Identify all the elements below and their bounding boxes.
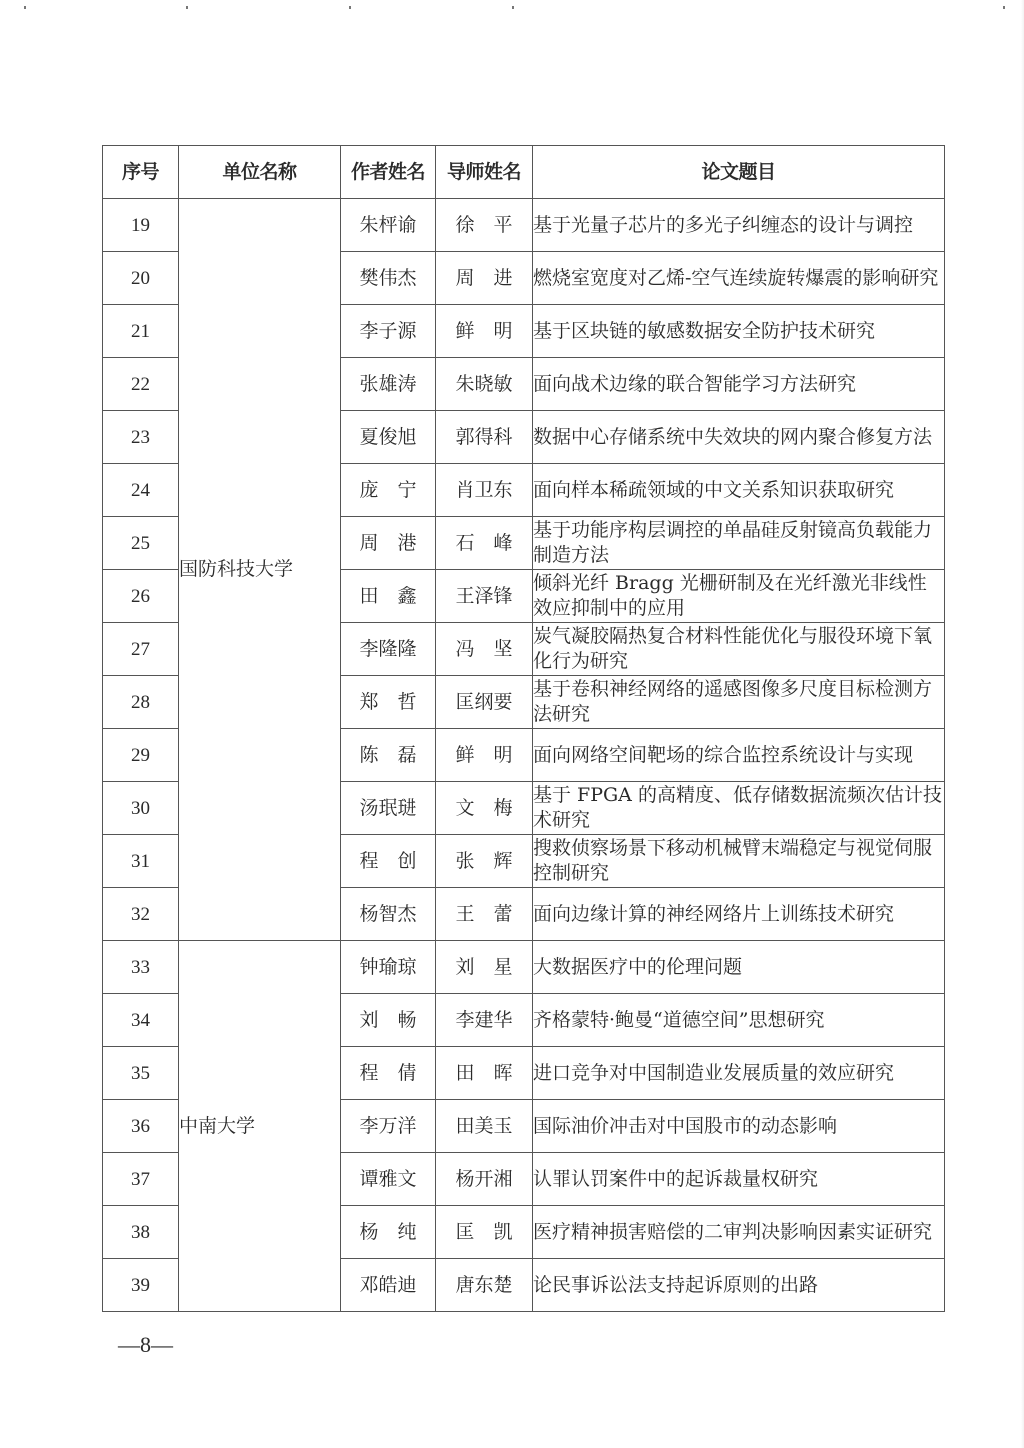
thesis-title-cell: 论民事诉讼法支持起诉原则的出路: [533, 1259, 945, 1312]
serial-no-cell: 29: [103, 729, 179, 782]
author-name-cell: 程 创: [341, 835, 436, 888]
serial-no-cell: 34: [103, 994, 179, 1047]
thesis-title-cell: 炭气凝胶隔热复合材料性能优化与服役环境下氧化行为研究: [533, 623, 945, 676]
thesis-title-cell: 大数据医疗中的伦理问题: [533, 941, 945, 994]
serial-no-cell: 22: [103, 358, 179, 411]
scan-mark: [349, 6, 351, 9]
author-name-cell: 李万洋: [341, 1100, 436, 1153]
serial-no-cell: 35: [103, 1047, 179, 1100]
thesis-title-cell: 基于区块链的敏感数据安全防护技术研究: [533, 305, 945, 358]
serial-no-cell: 38: [103, 1206, 179, 1259]
author-name-cell: 庞 宁: [341, 464, 436, 517]
serial-no-cell: 32: [103, 888, 179, 941]
thesis-title-cell: 燃烧室宽度对乙烯-空气连续旋转爆震的影响研究: [533, 252, 945, 305]
serial-no-cell: 39: [103, 1259, 179, 1312]
thesis-title-cell: 基于光量子芯片的多光子纠缠态的设计与调控: [533, 199, 945, 252]
author-name-cell: 张雄涛: [341, 358, 436, 411]
author-name-cell: 夏俊旭: [341, 411, 436, 464]
author-name-cell: 钟瑜琼: [341, 941, 436, 994]
table-body: 19国防科技大学朱枰谕徐 平基于光量子芯片的多光子纠缠态的设计与调控20樊伟杰周…: [103, 199, 945, 1312]
serial-no-cell: 21: [103, 305, 179, 358]
thesis-title-cell: 面向网络空间靶场的综合监控系统设计与实现: [533, 729, 945, 782]
advisor-name-cell: 王 蕾: [436, 888, 533, 941]
header-advisor-name: 导师姓名: [436, 146, 533, 199]
advisor-name-cell: 朱晓敏: [436, 358, 533, 411]
scan-mark: [1003, 6, 1005, 9]
author-name-cell: 郑 哲: [341, 676, 436, 729]
thesis-title-cell: 齐格蒙特·鲍曼“道德空间”思想研究: [533, 994, 945, 1047]
advisor-name-cell: 徐 平: [436, 199, 533, 252]
advisor-name-cell: 张 辉: [436, 835, 533, 888]
serial-no-cell: 19: [103, 199, 179, 252]
thesis-title-cell: 国际油价冲击对中国股市的动态影响: [533, 1100, 945, 1153]
advisor-name-cell: 肖卫东: [436, 464, 533, 517]
author-name-cell: 陈 磊: [341, 729, 436, 782]
header-unit-name: 单位名称: [179, 146, 341, 199]
serial-no-cell: 24: [103, 464, 179, 517]
header-serial-no: 序号: [103, 146, 179, 199]
thesis-title-cell: 认罪认罚案件中的起诉裁量权研究: [533, 1153, 945, 1206]
author-name-cell: 李隆隆: [341, 623, 436, 676]
header-author-name: 作者姓名: [341, 146, 436, 199]
table-row: 33中南大学钟瑜琼刘 星大数据医疗中的伦理问题: [103, 941, 945, 994]
advisor-name-cell: 唐东楚: [436, 1259, 533, 1312]
serial-no-cell: 26: [103, 570, 179, 623]
page-number: —8—: [118, 1332, 173, 1358]
advisor-name-cell: 田 晖: [436, 1047, 533, 1100]
author-name-cell: 周 港: [341, 517, 436, 570]
header-thesis-title: 论文题目: [533, 146, 945, 199]
author-name-cell: 程 倩: [341, 1047, 436, 1100]
advisor-name-cell: 郭得科: [436, 411, 533, 464]
scan-mark: [24, 6, 26, 9]
advisor-name-cell: 鲜 明: [436, 305, 533, 358]
advisor-name-cell: 鲜 明: [436, 729, 533, 782]
serial-no-cell: 28: [103, 676, 179, 729]
advisor-name-cell: 匡 凯: [436, 1206, 533, 1259]
unit-name-cell: 国防科技大学: [179, 199, 341, 941]
thesis-title-cell: 倾斜光纤 Bragg 光栅研制及在光纤激光非线性效应抑制中的应用: [533, 570, 945, 623]
serial-no-cell: 31: [103, 835, 179, 888]
advisor-name-cell: 石 峰: [436, 517, 533, 570]
unit-name-cell: 中南大学: [179, 941, 341, 1312]
advisor-name-cell: 冯 坚: [436, 623, 533, 676]
advisor-name-cell: 刘 星: [436, 941, 533, 994]
author-name-cell: 邓皓迪: [341, 1259, 436, 1312]
thesis-title-cell: 基于 FPGA 的高精度、低存储数据流频次估计技术研究: [533, 782, 945, 835]
serial-no-cell: 23: [103, 411, 179, 464]
advisor-name-cell: 田美玉: [436, 1100, 533, 1153]
thesis-title-cell: 面向样本稀疏领域的中文关系知识获取研究: [533, 464, 945, 517]
thesis-title-cell: 面向战术边缘的联合智能学习方法研究: [533, 358, 945, 411]
thesis-title-cell: 进口竞争对中国制造业发展质量的效应研究: [533, 1047, 945, 1100]
scan-mark: [512, 6, 514, 9]
author-name-cell: 朱枰谕: [341, 199, 436, 252]
author-name-cell: 汤珉琎: [341, 782, 436, 835]
serial-no-cell: 27: [103, 623, 179, 676]
thesis-title-cell: 基于功能序构层调控的单晶硅反射镜高负载能力制造方法: [533, 517, 945, 570]
serial-no-cell: 36: [103, 1100, 179, 1153]
thesis-title-cell: 基于卷积神经网络的遥感图像多尺度目标检测方法研究: [533, 676, 945, 729]
serial-no-cell: 33: [103, 941, 179, 994]
author-name-cell: 田 鑫: [341, 570, 436, 623]
serial-no-cell: 20: [103, 252, 179, 305]
thesis-title-cell: 数据中心存储系统中失效块的网内聚合修复方法: [533, 411, 945, 464]
award-table: 序号 单位名称 作者姓名 导师姓名 论文题目 19国防科技大学朱枰谕徐 平基于光…: [102, 145, 945, 1312]
scan-mark: [186, 6, 188, 9]
thesis-title-cell: 面向边缘计算的神经网络片上训练技术研究: [533, 888, 945, 941]
author-name-cell: 刘 畅: [341, 994, 436, 1047]
serial-no-cell: 25: [103, 517, 179, 570]
advisor-name-cell: 文 梅: [436, 782, 533, 835]
advisor-name-cell: 李建华: [436, 994, 533, 1047]
table-header-row: 序号 单位名称 作者姓名 导师姓名 论文题目: [103, 146, 945, 199]
author-name-cell: 杨智杰: [341, 888, 436, 941]
thesis-title-cell: 医疗精神损害赔偿的二审判决影响因素实证研究: [533, 1206, 945, 1259]
serial-no-cell: 30: [103, 782, 179, 835]
table-row: 19国防科技大学朱枰谕徐 平基于光量子芯片的多光子纠缠态的设计与调控: [103, 199, 945, 252]
author-name-cell: 李子源: [341, 305, 436, 358]
author-name-cell: 谭雅文: [341, 1153, 436, 1206]
thesis-title-cell: 搜救侦察场景下移动机械臂末端稳定与视觉伺服控制研究: [533, 835, 945, 888]
serial-no-cell: 37: [103, 1153, 179, 1206]
advisor-name-cell: 王泽锋: [436, 570, 533, 623]
author-name-cell: 樊伟杰: [341, 252, 436, 305]
advisor-name-cell: 杨开湘: [436, 1153, 533, 1206]
advisor-name-cell: 匡纲要: [436, 676, 533, 729]
advisor-name-cell: 周 进: [436, 252, 533, 305]
author-name-cell: 杨 纯: [341, 1206, 436, 1259]
